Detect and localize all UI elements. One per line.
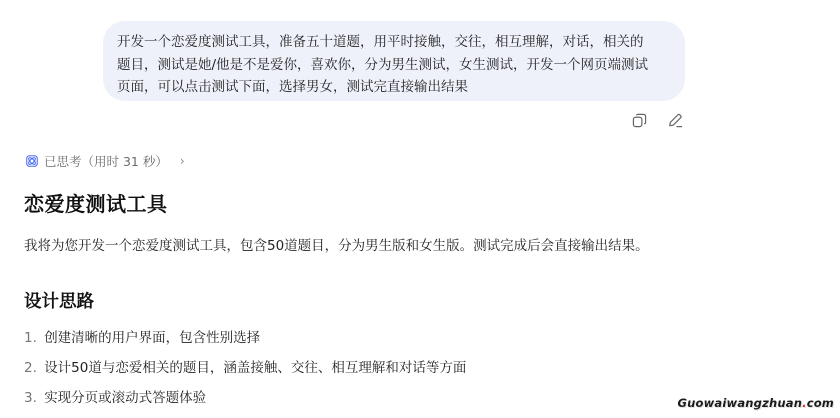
design-steps-list: 1. 创建清晰的用户界面，包含性别选择 2. 设计50道与恋爱相关的题目，涵盖接…	[24, 328, 466, 418]
list-item: 2. 设计50道与恋爱相关的题目，涵盖接触、交往、相互理解和对话等方面	[24, 358, 466, 388]
list-text: 创建清晰的用户界面，包含性别选择	[44, 330, 260, 346]
copy-button[interactable]	[630, 111, 648, 129]
atom-icon	[25, 154, 39, 168]
watermark-main: Guowaiwangzhuan	[677, 396, 802, 410]
section-heading: 设计思路	[24, 288, 94, 313]
thought-toggle[interactable]: 已思考（用时 31 秒） ›	[25, 152, 185, 170]
edit-button[interactable]	[666, 111, 684, 129]
list-number: 1.	[24, 330, 37, 346]
copy-icon	[632, 113, 647, 128]
list-number: 3.	[24, 390, 37, 406]
chevron-right-icon: ›	[180, 154, 185, 168]
list-item: 3. 实现分页或滚动式答题体验	[24, 388, 466, 418]
list-number: 2.	[24, 360, 37, 376]
edit-icon	[668, 113, 683, 128]
user-message-line: 题目，测试是她/他是不是爱你，喜欢你，分为男生测试，女生测试，开发一个网页端测试	[117, 54, 671, 77]
user-message-line: 页面，可以点击测试下面，选择男女，测试完直接输出结果	[117, 76, 671, 99]
list-text: 实现分页或滚动式答题体验	[44, 390, 206, 406]
watermark-tld: com	[807, 396, 834, 410]
user-message-line: 开发一个恋爱度测试工具，准备五十道题，用平时接触，交往，相互理解，对话，相关的	[117, 31, 671, 54]
user-message-bubble: 开发一个恋爱度测试工具，准备五十道题，用平时接触，交往，相互理解，对话，相关的 …	[103, 21, 685, 101]
response-title: 恋爱度测试工具	[24, 188, 168, 217]
message-actions	[630, 111, 684, 129]
list-item: 1. 创建清晰的用户界面，包含性别选择	[24, 328, 466, 358]
list-text: 设计50道与恋爱相关的题目，涵盖接触、交往、相互理解和对话等方面	[44, 360, 466, 376]
thought-label: 已思考（用时 31 秒）	[44, 152, 168, 170]
watermark: Guowaiwangzhuan.com	[677, 396, 834, 410]
response-intro: 我将为您开发一个恋爱度测试工具，包含50道题目，分为男生版和女生版。测试完成后会…	[24, 234, 649, 254]
